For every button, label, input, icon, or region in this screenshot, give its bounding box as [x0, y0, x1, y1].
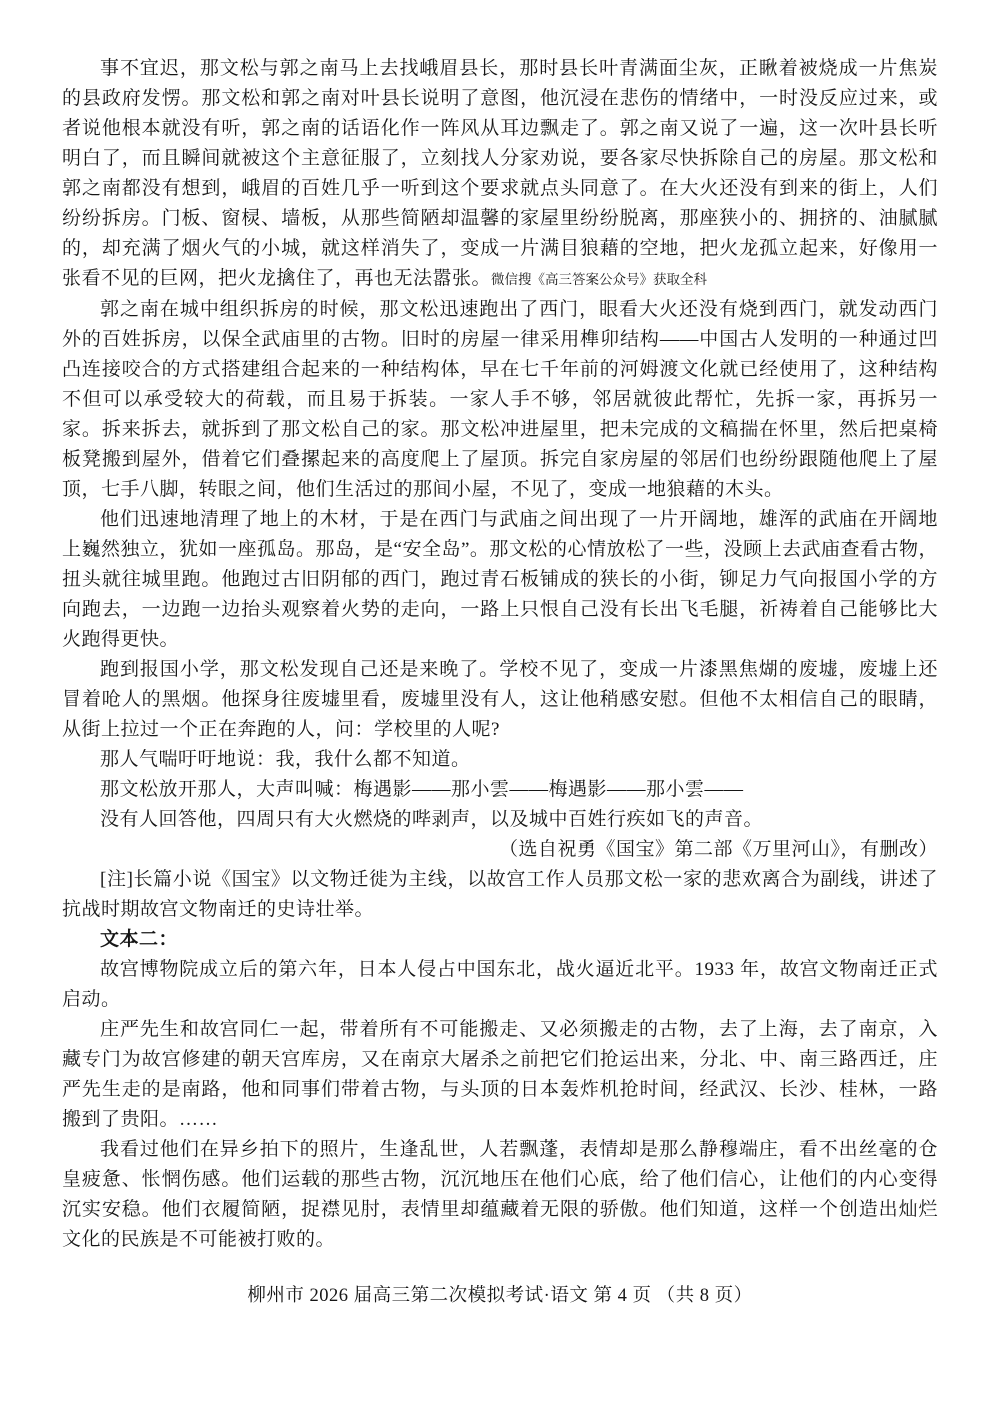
- paragraph-text1-6: 那文松放开那人，大声叫喊：梅遇影——那小雲——梅遇影——那小雲——: [62, 775, 938, 805]
- paragraph-text2-1: 故宫博物院成立后的第六年，日本人侵占中国东北，战火逼近北平。1933 年，故宫文…: [62, 955, 938, 1015]
- paragraph-text1-3: 他们迅速地清理了地上的木材，于是在西门与武庙之间出现了一片开阔地，雄浑的武庙在开…: [62, 505, 938, 655]
- source-attribution: （选自祝勇《国宝》第二部《万里河山》，有删改）: [62, 835, 938, 865]
- promo-text: 微信搜《高三答案公众号》获取全科: [491, 272, 707, 287]
- paragraph-text1-4: 跑到报国小学，那文松发现自己还是来晚了。学校不见了，变成一片漆黑焦煳的废墟，废墟…: [62, 655, 938, 745]
- paragraph-text2-2: 庄严先生和故宫同仁一起，带着所有不可能搬走、又必须搬走的古物，去了上海，去了南京…: [62, 1015, 938, 1135]
- document-page: 事不宜迟，那文松与郭之南马上去找峨眉县长，那时县长叶青满面尘灰，正瞅着被烧成一片…: [0, 0, 992, 1311]
- paragraph-text2-3: 我看过他们在异乡拍下的照片，生逢乱世，人若飘蓬，表情却是那么静穆端庄，看不出丝毫…: [62, 1135, 938, 1255]
- note-paragraph: [注]长篇小说《国宝》以文物迁徙为主线，以故宫工作人员那文松一家的悲欢离合为副线…: [62, 865, 938, 925]
- paragraph-text1-1: 事不宜迟，那文松与郭之南马上去找峨眉县长，那时县长叶青满面尘灰，正瞅着被烧成一片…: [62, 54, 938, 295]
- section-heading-text2: 文本二：: [62, 925, 938, 955]
- paragraph-text1-7: 没有人回答他，四周只有大火燃烧的哔剥声，以及城中百姓行疾如飞的声音。: [62, 805, 938, 835]
- paragraph-text: 事不宜迟，那文松与郭之南马上去找峨眉县长，那时县长叶青满面尘灰，正瞅着被烧成一片…: [62, 58, 938, 289]
- paragraph-text1-2: 郭之南在城中组织拆房的时候，那文松迅速跑出了西门，眼看大火还没有烧到西门，就发动…: [62, 295, 938, 505]
- page-footer: 柳州市 2026 届高三第二次模拟考试·语文 第 4 页 （共 8 页）: [62, 1281, 938, 1311]
- paragraph-text1-5: 那人气喘吁吁地说：我，我什么都不知道。: [62, 745, 938, 775]
